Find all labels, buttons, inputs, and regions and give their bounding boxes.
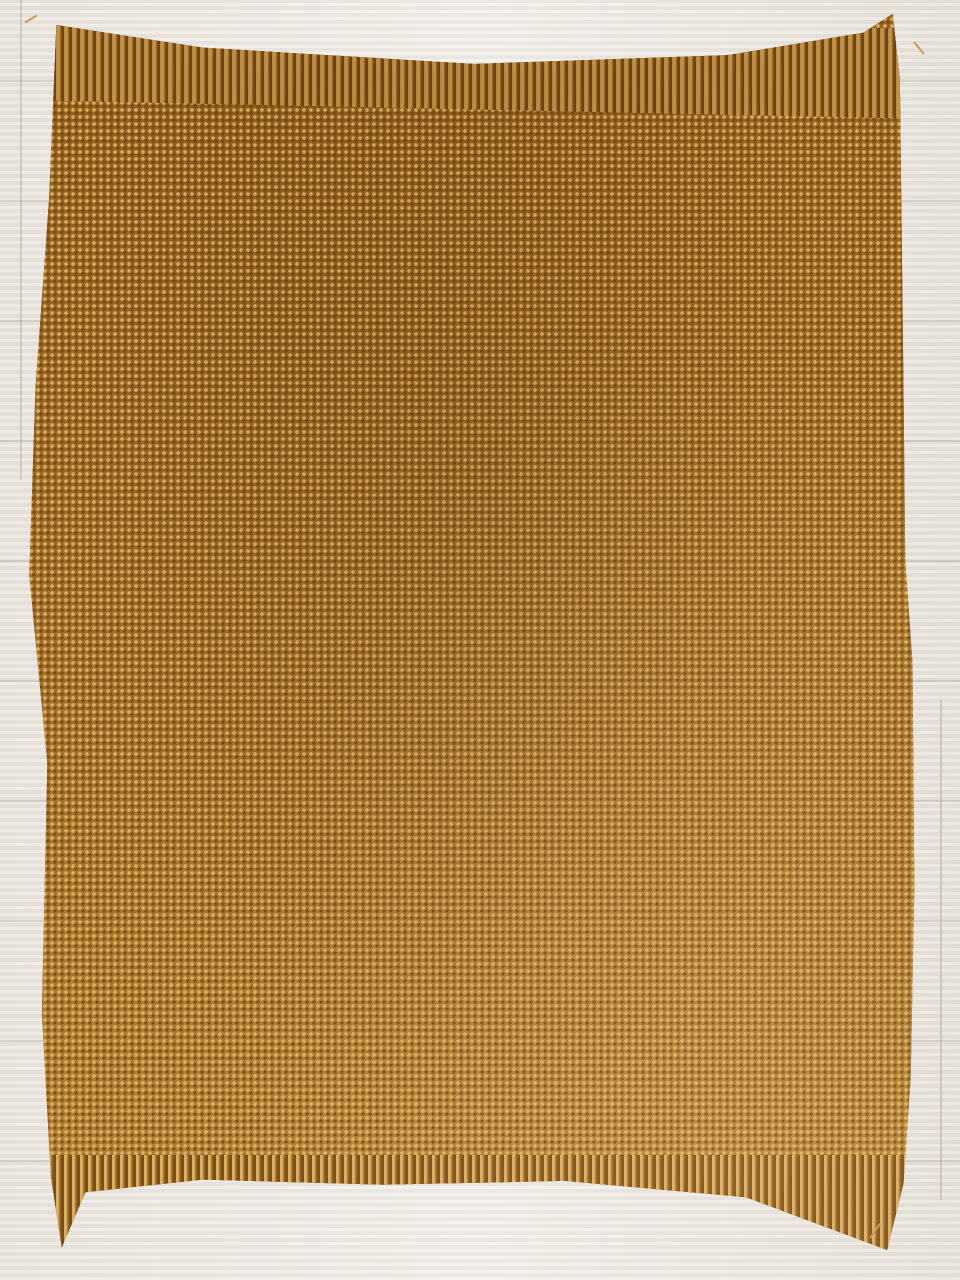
blanket-shading [22, 10, 927, 1265]
knit-blanket [22, 10, 927, 1265]
floor-plank-seam [20, 0, 22, 480]
floor-plank-seam [940, 700, 942, 1200]
